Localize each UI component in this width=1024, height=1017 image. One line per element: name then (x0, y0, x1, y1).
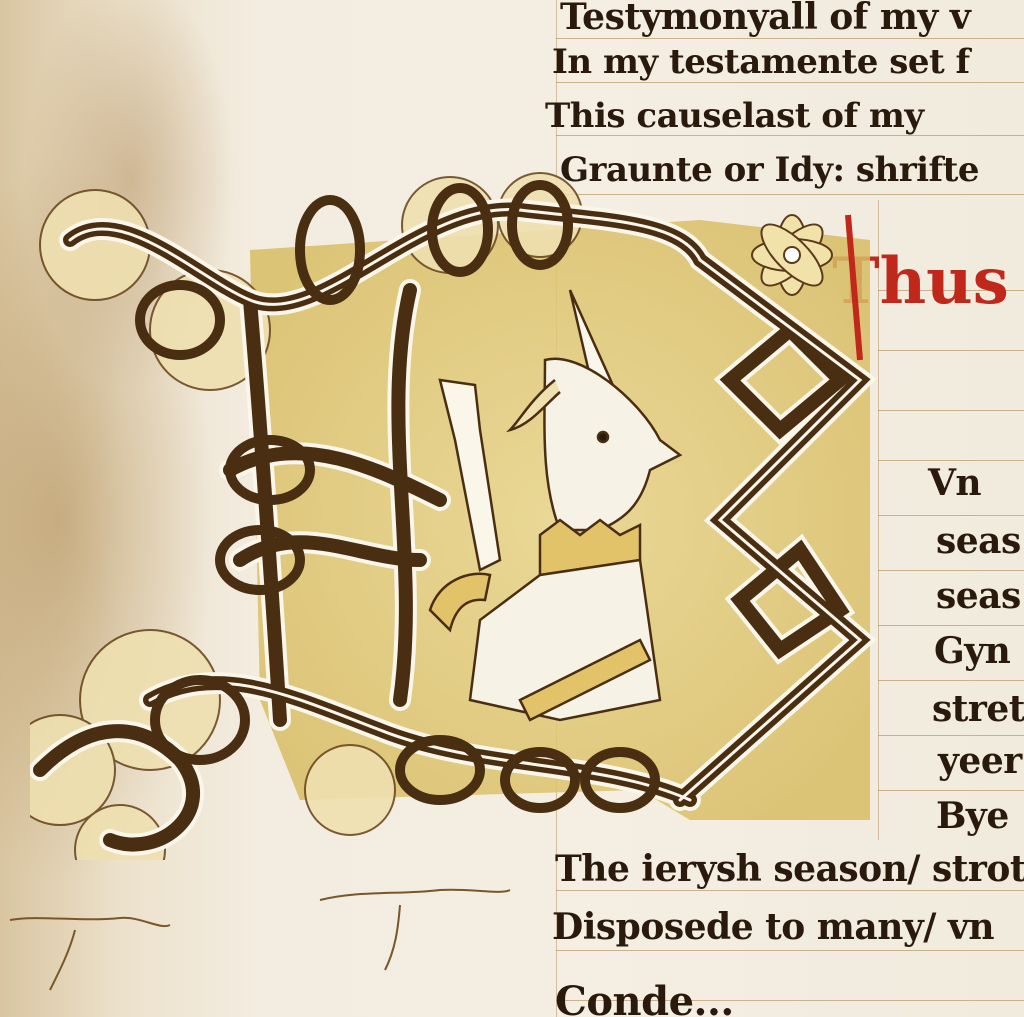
ruled-line (878, 680, 1024, 681)
ruled-line (878, 570, 1024, 571)
ruled-line (878, 460, 1024, 461)
pen-flourishes (0, 860, 560, 1000)
ruled-line (878, 625, 1024, 626)
text-line: seas (936, 575, 1021, 617)
illuminated-initial (30, 170, 890, 860)
manuscript-page: Testymonyall of my v In my testamente se… (0, 0, 1024, 1017)
flower-rosette (752, 215, 832, 295)
ruled-line (878, 410, 1024, 411)
text-line: This causelast of my (545, 96, 924, 136)
text-line: Conde... (555, 978, 734, 1017)
text-line: Bye (936, 795, 1009, 837)
text-line: Gyn (934, 630, 1010, 672)
text-line: Vn (928, 462, 981, 504)
ruled-line (556, 950, 1024, 951)
ruled-line (556, 38, 1024, 39)
ruled-line (556, 890, 1024, 891)
text-line: Disposede to many/ vn (552, 906, 994, 948)
ruled-line (878, 515, 1024, 516)
text-line: In my testamente set f (552, 42, 970, 82)
text-line: seas (936, 520, 1021, 562)
ruled-line (878, 735, 1024, 736)
text-line: Testymonyall of my v (560, 0, 970, 38)
text-line: stret (932, 688, 1024, 730)
ruled-line (878, 350, 1024, 351)
text-line: yeer (938, 740, 1022, 782)
ruled-line (878, 790, 1024, 791)
ruled-line (556, 82, 1024, 83)
